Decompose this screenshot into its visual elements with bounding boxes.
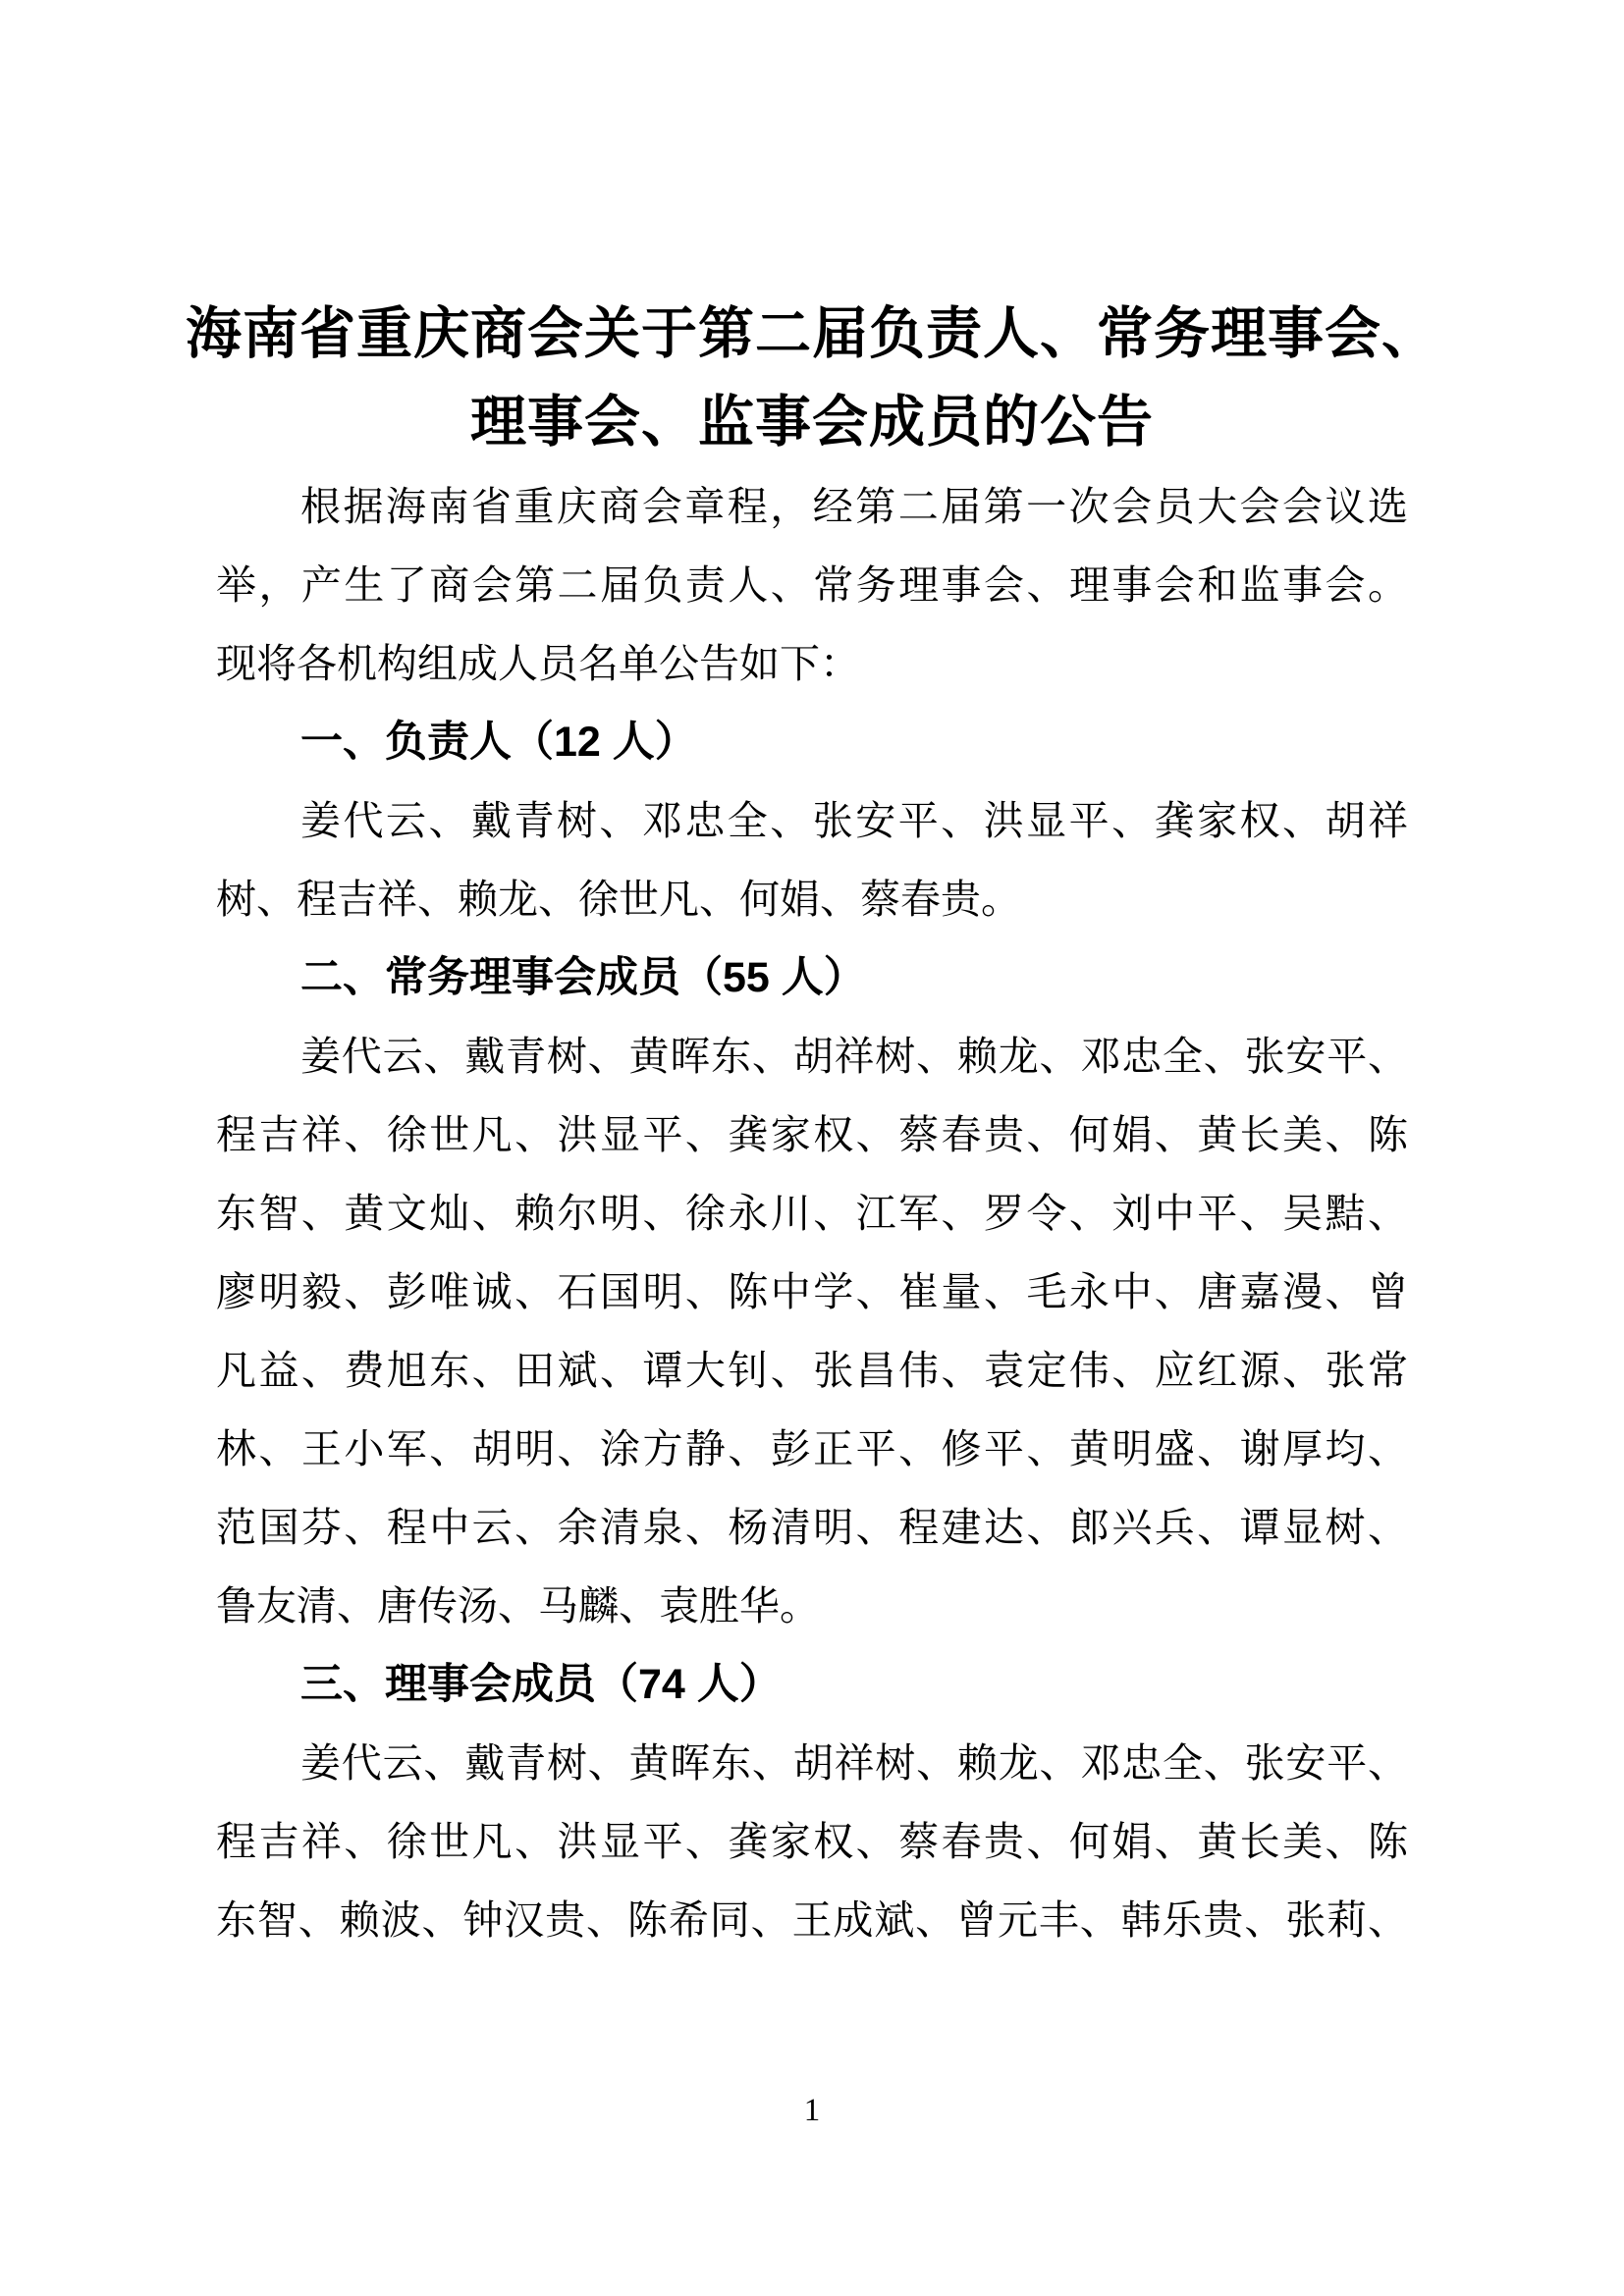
body-text-line: 姜代云、戴青树、邓忠全、张安平、洪显平、龚家权、胡祥 [216, 781, 1408, 860]
paragraph: 姜代云、戴青树、黄晖东、胡祥树、赖龙、邓忠全、张安平、程吉祥、徐世凡、洪显平、龚… [216, 1017, 1408, 1645]
title-line: 海南省重庆商会关于第二届负责人、常务理事会、 [179, 291, 1445, 379]
document-page: 海南省重庆商会关于第二届负责人、常务理事会、理事会、监事会成员的公告 根据海南省… [0, 0, 1624, 2296]
body-text-line: 范国芬、程中云、余清泉、杨清明、程建达、郎兴兵、谭显树、 [216, 1488, 1408, 1567]
paragraph: 姜代云、戴青树、黄晖东、胡祥树、赖龙、邓忠全、张安平、程吉祥、徐世凡、洪显平、龚… [216, 1724, 1408, 1959]
body-text-line: 林、王小军、胡明、涂方静、彭正平、修平、黄明盛、谢厚均、 [216, 1410, 1408, 1488]
body-text-line: 凡益、费旭东、田斌、谭大钊、张昌伟、袁定伟、应红源、张常 [216, 1331, 1408, 1410]
document-title: 海南省重庆商会关于第二届负责人、常务理事会、理事会、监事会成员的公告 [179, 291, 1445, 467]
paragraph: 姜代云、戴青树、邓忠全、张安平、洪显平、龚家权、胡祥树、程吉祥、赖龙、徐世凡、何… [216, 781, 1408, 938]
section-heading: 三、理事会成员（74 人） [216, 1645, 1408, 1724]
title-line: 理事会、监事会成员的公告 [179, 379, 1445, 467]
body-text-line: 根据海南省重庆商会章程，经第二届第一次会员大会会议选 [216, 467, 1408, 546]
body-text-line: 树、程吉祥、赖龙、徐世凡、何娟、蔡春贵。 [216, 860, 1408, 938]
document-body: 根据海南省重庆商会章程，经第二届第一次会员大会会议选举，产生了商会第二届负责人、… [216, 467, 1408, 1959]
document-content: 海南省重庆商会关于第二届负责人、常务理事会、理事会、监事会成员的公告 根据海南省… [216, 291, 1408, 1959]
body-text-line: 现将各机构组成人员名单公告如下： [216, 624, 1408, 703]
body-text-line: 鲁友清、唐传汤、马麟、袁胜华。 [216, 1567, 1408, 1645]
paragraph: 根据海南省重庆商会章程，经第二届第一次会员大会会议选举，产生了商会第二届负责人、… [216, 467, 1408, 703]
section-heading: 一、负责人（12 人） [216, 703, 1408, 781]
body-text-line: 廖明毅、彭唯诚、石国明、陈中学、崔量、毛永中、唐嘉漫、曾 [216, 1253, 1408, 1331]
body-text-line: 东智、黄文灿、赖尔明、徐永川、江军、罗令、刘中平、吴黠、 [216, 1174, 1408, 1253]
body-text-line: 东智、赖波、钟汉贵、陈希同、王成斌、曾元丰、韩乐贵、张莉、 [216, 1881, 1408, 1959]
section-heading: 二、常务理事会成员（55 人） [216, 938, 1408, 1017]
body-text-line: 程吉祥、徐世凡、洪显平、龚家权、蔡春贵、何娟、黄长美、陈 [216, 1802, 1408, 1881]
page-number: 1 [0, 2093, 1624, 2129]
body-text-line: 姜代云、戴青树、黄晖东、胡祥树、赖龙、邓忠全、张安平、 [216, 1017, 1408, 1095]
body-text-line: 程吉祥、徐世凡、洪显平、龚家权、蔡春贵、何娟、黄长美、陈 [216, 1095, 1408, 1174]
body-text-line: 举，产生了商会第二届负责人、常务理事会、理事会和监事会。 [216, 546, 1408, 624]
body-text-line: 姜代云、戴青树、黄晖东、胡祥树、赖龙、邓忠全、张安平、 [216, 1724, 1408, 1802]
